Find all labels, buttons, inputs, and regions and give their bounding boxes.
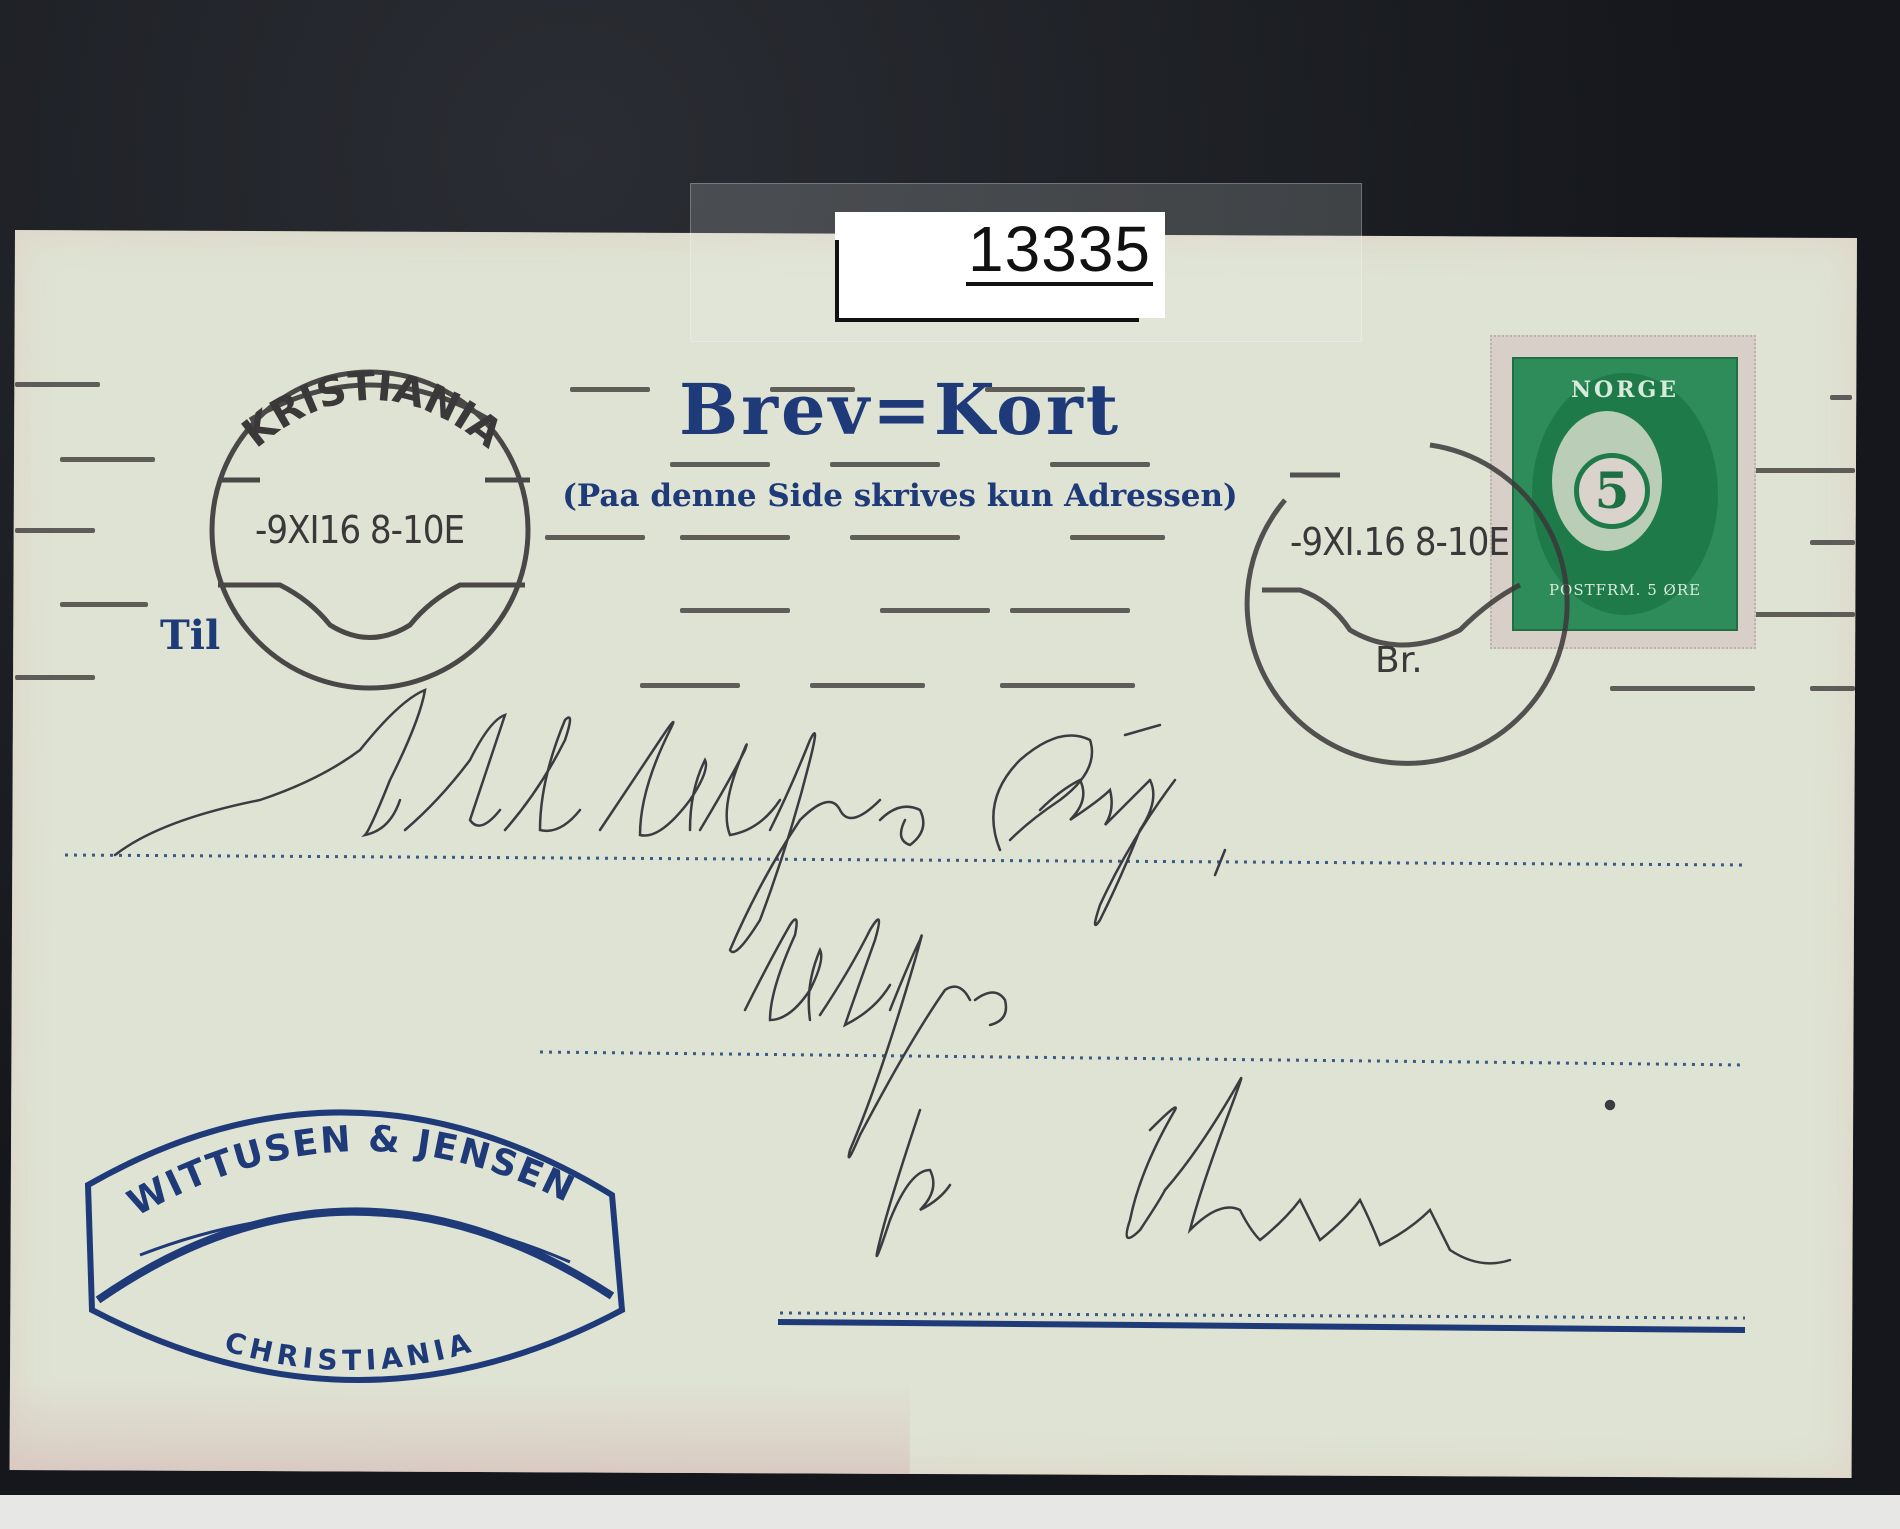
postmark-right: [1247, 445, 1567, 763]
drawing-layer: KRISTIANIA: [0, 0, 1900, 1529]
postmark-city: KRISTIANIA: [234, 363, 511, 457]
postmark-date-right: -9XI.16 8-10E: [1290, 520, 1509, 564]
postmark-office: Br.: [1375, 640, 1423, 681]
address-lines: [65, 855, 1745, 1330]
postmark-date-left: -9XI16 8-10E: [255, 508, 464, 552]
